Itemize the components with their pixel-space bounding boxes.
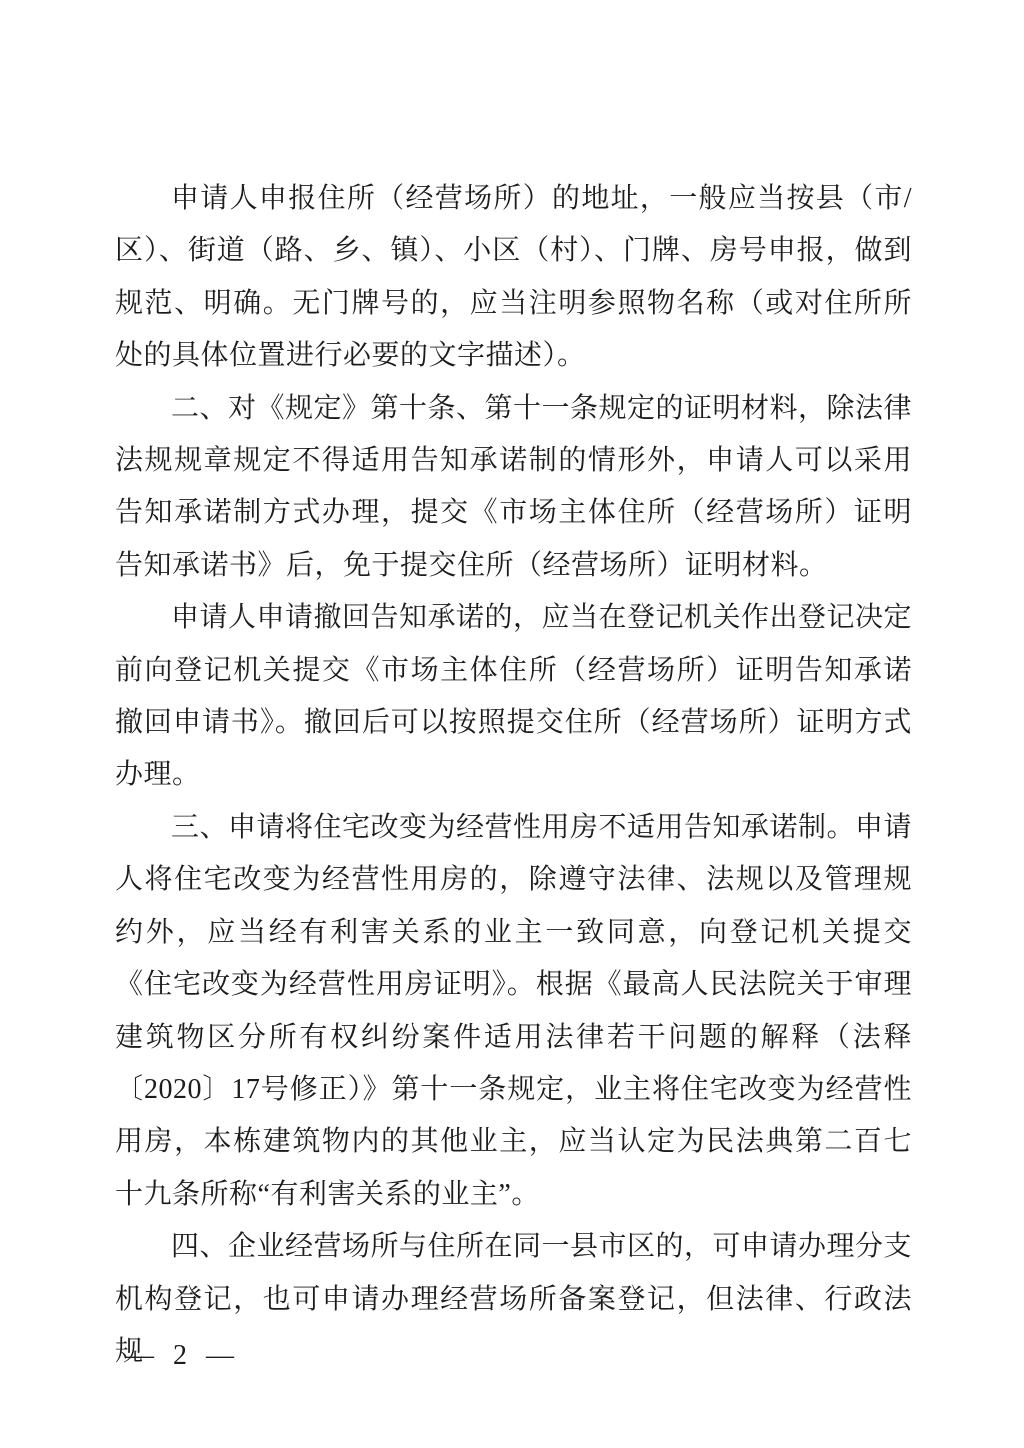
paragraph-item-2-commitment-system: 二、对《规定》第十条、第十一条规定的证明材料，除法律法规规章规定不得适用告知承诺… bbox=[115, 383, 912, 593]
page-number: — 2 — bbox=[126, 1336, 240, 1376]
paragraph-item-3-residence-conversion: 三、申请将住宅改变为经营性用房不适用告知承诺制。申请人将住宅改变为经营性用房的，… bbox=[115, 802, 912, 1221]
paragraph-commitment-withdrawal: 申请人申请撤回告知承诺的，应当在登记机关作出登记决定前向登记机关提交《市场主体住… bbox=[115, 592, 912, 802]
document-page: 申请人申报住所（经营场所）的地址，一般应当按县（市/区）、街道（路、乡、镇）、小… bbox=[0, 0, 1024, 1448]
document-body: 申请人申报住所（经营场所）的地址，一般应当按县（市/区）、街道（路、乡、镇）、小… bbox=[115, 173, 912, 1378]
paragraph-address-declaration: 申请人申报住所（经营场所）的地址，一般应当按县（市/区）、街道（路、乡、镇）、小… bbox=[115, 173, 912, 383]
